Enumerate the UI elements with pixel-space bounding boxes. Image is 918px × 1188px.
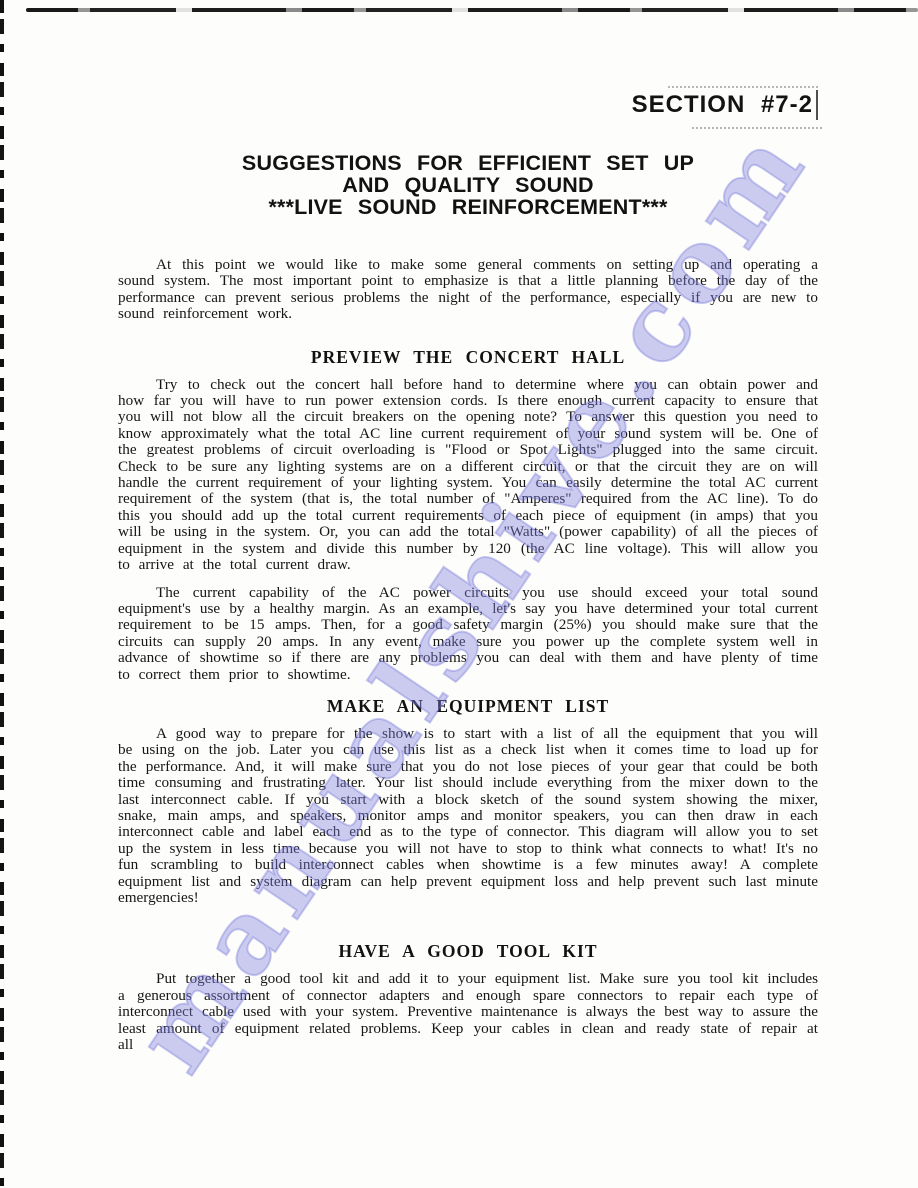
scanned-manual-page: manualshive.com SECTION #7-2 SUGGESTIONS… (0, 0, 918, 1188)
page-title: SUGGESTIONS FOR EFFICIENT SET UP AND QUA… (118, 152, 818, 218)
body-paragraph: A good way to prepare for the show is to… (118, 726, 818, 906)
scan-top-edge-artifact (26, 8, 918, 12)
page-title-line-3: ***LIVE SOUND REINFORCEMENT*** (118, 196, 818, 218)
section-heading: PREVIEW THE CONCERT HALL (118, 347, 818, 367)
section-make-an-equipment-list: MAKE AN EQUIPMENT LIST A good way to pre… (118, 696, 818, 906)
body-paragraph: Put together a good tool kit and add it … (118, 971, 818, 1053)
section-have-a-good-tool-kit: HAVE A GOOD TOOL KIT Put together a good… (118, 941, 818, 1053)
section-heading: MAKE AN EQUIPMENT LIST (118, 696, 818, 716)
document-body: SUGGESTIONS FOR EFFICIENT SET UP AND QUA… (118, 152, 818, 1053)
section-heading: HAVE A GOOD TOOL KIT (118, 941, 818, 961)
scan-left-edge-artifact (0, 0, 4, 1188)
scan-bar-artifact (816, 90, 818, 120)
scan-dotted-artifact (668, 86, 818, 88)
body-paragraph: The current capability of the AC power c… (118, 585, 818, 683)
intro-paragraph: At this point we would like to make some… (118, 257, 818, 323)
section-number-label: SECTION #7-2 (632, 90, 818, 120)
scan-dotted-artifact (692, 127, 822, 129)
section-preview-the-concert-hall: PREVIEW THE CONCERT HALL Try to check ou… (118, 347, 818, 683)
page-title-line-2: AND QUALITY SOUND (118, 174, 818, 196)
section-number-text: SECTION #7-2 (632, 91, 813, 119)
page-title-line-1: SUGGESTIONS FOR EFFICIENT SET UP (118, 152, 818, 174)
body-paragraph: Try to check out the concert hall before… (118, 377, 818, 574)
